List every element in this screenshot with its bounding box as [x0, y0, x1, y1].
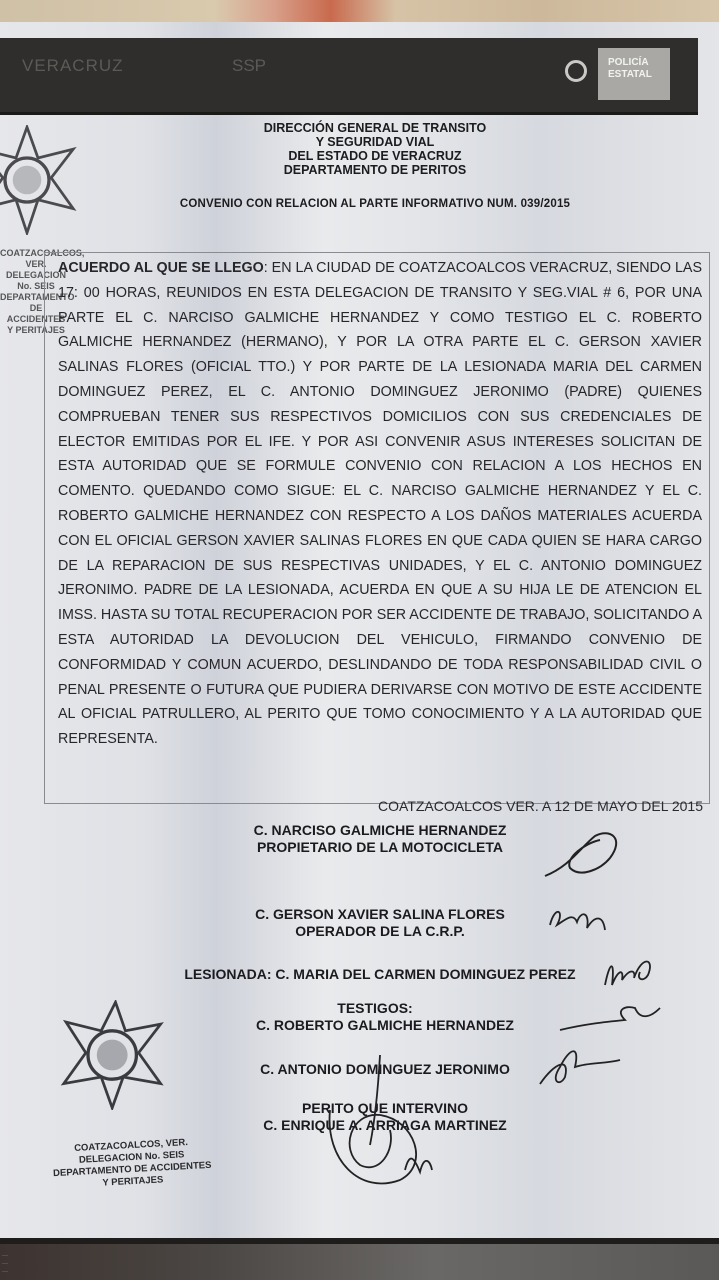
signatory-name: C. NARCISO GALMICHE HERNANDEZ: [230, 822, 530, 839]
banner-veracruz-text: VERACRUZ: [22, 56, 124, 76]
document-heading: DIRECCIÓN GENERAL DE TRANSITO Y SEGURIDA…: [150, 121, 600, 177]
header-banner: VERACRUZ SSP POLICÍA ESTATAL: [0, 38, 698, 115]
agreement-lead: ACUERDO AL QUE SE LLEGO: [58, 260, 264, 276]
agreement-date: COATZACOALCOS VER. A 12 DE MAYO DEL 2015: [378, 798, 703, 814]
convenio-title: CONVENIO CON RELACION AL PARTE INFORMATI…: [150, 198, 600, 210]
signatory-injured: LESIONADA: C. MARIA DEL CARMEN DOMINGUEZ…: [150, 966, 610, 983]
state-seal-icon: [565, 60, 587, 82]
signatory-owner: C. NARCISO GALMICHE HERNANDEZ PROPIETARI…: [230, 822, 530, 856]
signatory-name: C. GERSON XAVIER SALINA FLORES: [230, 906, 530, 923]
signatory-role: PROPIETARIO DE LA MOTOCICLETA: [230, 839, 530, 856]
witness-1: C. ROBERTO GALMICHE HERNANDEZ: [225, 1017, 545, 1034]
signature-witness-1-icon: [555, 1000, 665, 1040]
footer-fine-print: ·········: [2, 1252, 8, 1276]
policia-estatal-badge: POLICÍA ESTATAL: [598, 48, 670, 100]
witnesses-heading: TESTIGOS:: [220, 1000, 530, 1017]
signature-owner-icon: [540, 828, 630, 888]
signature-injured-icon: [600, 950, 660, 992]
banner-ssp-text: SSP: [232, 56, 266, 76]
signatory-role: OPERADOR DE LA C.R.P.: [230, 923, 530, 940]
signatory-operator: C. GERSON XAVIER SALINA FLORES OPERADOR …: [230, 906, 530, 940]
witnesses-label: TESTIGOS:: [220, 1000, 530, 1017]
signature-witness-2-icon: [535, 1042, 625, 1092]
heading-line: DEPARTAMENTO DE PERITOS: [150, 163, 600, 177]
badge-line-2: ESTATAL: [608, 69, 670, 81]
star-seal-icon: [0, 125, 82, 235]
heading-line: Y SEGURIDAD VIAL: [150, 135, 600, 149]
heading-line: DIRECCIÓN GENERAL DE TRANSITO: [150, 121, 600, 135]
agreement-text: ACUERDO AL QUE SE LLEGO: EN LA CIUDAD DE…: [58, 256, 702, 752]
heading-line: DEL ESTADO DE VERACRUZ: [150, 149, 600, 163]
footer-banner: ·········: [0, 1238, 719, 1280]
agreement-body: : EN LA CIUDAD DE COATZACOALCOS VERACRUZ…: [58, 260, 702, 747]
star-seal-bottom-icon: [55, 1000, 165, 1110]
signature-operator-icon: [545, 900, 615, 940]
badge-line-1: POLICÍA: [608, 57, 670, 69]
signature-expert-icon: [320, 1050, 440, 1200]
